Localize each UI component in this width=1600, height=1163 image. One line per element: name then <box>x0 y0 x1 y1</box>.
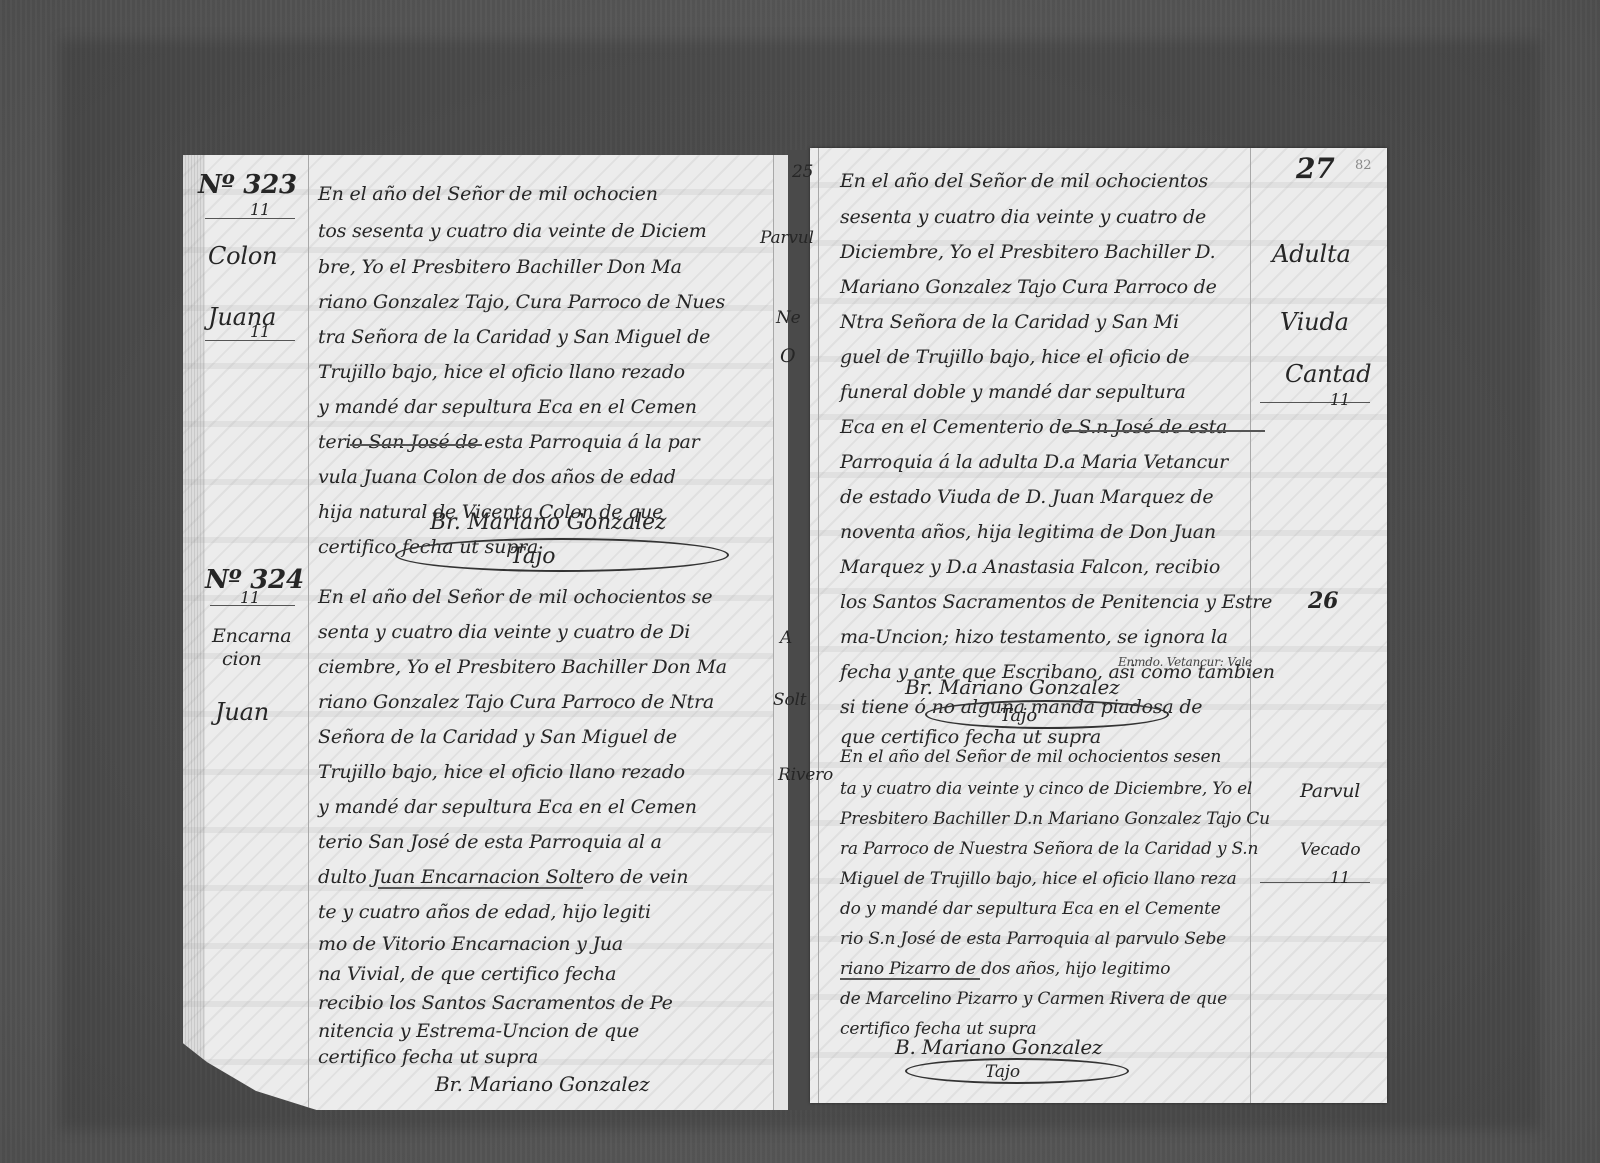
margin-fragment: A <box>780 628 792 648</box>
ditto-mark: 11 <box>250 200 270 219</box>
text-line: tra Señora de la Caridad y San Miguel de <box>318 328 710 347</box>
margin-rule-right <box>1250 148 1251 1103</box>
text-line: Trujillo bajo, hice el oficio llano reza… <box>318 363 685 382</box>
ditto-mark: 11 <box>1330 390 1350 409</box>
text-line: En el año del Señor de mil ochocientos s… <box>840 748 1221 767</box>
text-line: te y cuatro años de edad, hijo legiti <box>318 903 651 922</box>
text-line: do y mandé dar sepultura Eca en el Cemen… <box>840 900 1221 919</box>
margin-fragment: Ne <box>776 308 801 328</box>
text-line: guel de Trujillo bajo, hice el oficio de <box>840 348 1189 367</box>
ditto-mark: 11 <box>1330 868 1350 887</box>
entry-number: 25 <box>792 162 813 182</box>
text-line: sesenta y cuatro dia veinte y cuatro de <box>840 208 1206 227</box>
text-line: riano Gonzalez Tajo Cura Parroco de Ntra <box>318 693 714 712</box>
entry-number: Nº 323 <box>198 170 297 200</box>
inner-rule-right <box>818 148 819 1103</box>
text-line: Ntra Señora de la Caridad y San Mi <box>840 313 1179 332</box>
text-line: En el año del Señor de mil ochocientos s… <box>318 588 712 607</box>
text-line: Trujillo bajo, hice el oficio llano reza… <box>318 763 685 782</box>
text-line: de Marcelino Pizarro y Carmen Rivera de … <box>840 990 1227 1009</box>
margin-fragment: O <box>780 345 795 367</box>
text-line: nitencia y Estrema-Uncion de que <box>318 1022 639 1041</box>
page-stack-edge <box>183 155 205 1110</box>
text-line: ciembre, Yo el Presbitero Bachiller Don … <box>318 658 727 677</box>
text-line: noventa años, hija legitima de Don Juan <box>840 523 1216 542</box>
margin-entry-mark: 27 <box>1296 152 1335 185</box>
text-line: na Vivial, de que certifico fecha <box>318 965 616 984</box>
text-line: Presbitero Bachiller D.n Mariano Gonzale… <box>840 810 1270 829</box>
text-line: vula Juana Colon de dos años de edad <box>318 468 676 487</box>
ditto-mark: 11 <box>250 322 270 341</box>
text-line: Marquez y D.a Anastasia Falcon, recibio <box>840 558 1220 577</box>
margin-marital-status: Viuda <box>1280 308 1349 336</box>
margin-entry-mark: 26 <box>1308 588 1338 614</box>
signature-flourish <box>925 700 1169 729</box>
text-line: tos sesenta y cuatro dia veinte de Dicie… <box>318 222 707 241</box>
margin-divider <box>1260 882 1370 883</box>
text-line: Diciembre, Yo el Presbitero Bachiller D. <box>840 243 1216 262</box>
page-number-stamp: 82 <box>1355 158 1372 173</box>
text-line: bre, Yo el Presbitero Bachiller Don Ma <box>318 258 682 277</box>
name-underline <box>350 444 482 446</box>
text-line: senta y cuatro dia veinte y cuatro de Di <box>318 623 690 642</box>
text-line: Parroquia á la adulta D.a Maria Vetancur <box>840 453 1228 472</box>
signature-surname: Tajo <box>985 1062 1020 1082</box>
name-underline <box>1065 430 1265 432</box>
margin-surname-part1: Encarna <box>212 625 291 647</box>
margin-status: Adulta <box>1272 240 1351 268</box>
text-line: Señora de la Caridad y San Miguel de <box>318 728 677 747</box>
text-line: riano Gonzalez Tajo, Cura Parroco de Nue… <box>318 293 725 312</box>
margin-fragment: Solt <box>773 690 806 710</box>
inner-rule-left <box>773 155 774 1110</box>
text-line: rio S.n José de esta Parroquia al parvul… <box>840 930 1226 949</box>
text-line: Eca en el Cementerio de S.n José de esta <box>840 418 1227 437</box>
text-line: funeral doble y mandé dar sepultura <box>840 383 1186 402</box>
signature-flourish <box>395 538 729 572</box>
signature-name: B. Mariano Gonzalez <box>895 1035 1102 1059</box>
text-line: riano Pizarro de dos años, hijo legitimo <box>840 960 1170 979</box>
signature-name: Br. Mariano Gonzalez <box>905 675 1119 699</box>
margin-service: Vecado <box>1300 840 1360 860</box>
text-line: y mandé dar sepultura Eca en el Cemen <box>318 398 697 417</box>
text-line: terio San José de esta Parroquia á la pa… <box>318 433 700 452</box>
margin-rule <box>308 155 309 1110</box>
name-underline <box>840 978 980 980</box>
text-line: de estado Viuda de D. Juan Marquez de <box>840 488 1213 507</box>
text-line: Miguel de Trujillo bajo, hice el oficio … <box>840 870 1237 889</box>
text-line: ma-Uncion; hizo testamento, se ignora la <box>840 628 1228 647</box>
signature-surname: Tajo <box>510 544 555 569</box>
text-line: mo de Vitorio Encarnacion y Jua <box>318 935 623 954</box>
text-line: los Santos Sacramentos de Penitencia y E… <box>840 593 1272 612</box>
margin-given-name: Juan <box>215 698 269 726</box>
name-underline <box>378 887 583 889</box>
signature-surname: Tajo <box>1000 705 1037 726</box>
margin-status: Parvul <box>1300 780 1360 802</box>
text-line: En el año del Señor de mil ochocien <box>318 185 658 204</box>
correction-note: Enmdo. Vetancur: Vale <box>1118 655 1252 669</box>
ditto-mark: 11 <box>240 588 260 607</box>
margin-divider <box>1260 402 1370 403</box>
text-line: En el año del Señor de mil ochocientos <box>840 172 1208 191</box>
text-line: que certifico fecha ut supra <box>840 728 1101 747</box>
text-line: certifico fecha ut supra <box>318 1048 538 1067</box>
margin-fragment: Parvul <box>760 228 814 248</box>
signature-name: Br. Mariano Gonzalez <box>430 510 666 535</box>
margin-surname: Colon <box>208 242 277 270</box>
text-line: ta y cuatro dia veinte y cinco de Diciem… <box>840 780 1252 799</box>
text-line: dulto Juan Encarnacion Soltero de vein <box>318 868 688 887</box>
margin-surname-part2: cion <box>222 648 262 670</box>
margin-fragment: Rivero <box>778 765 833 785</box>
text-line: y mandé dar sepultura Eca en el Cemen <box>318 798 697 817</box>
margin-service: Cantad <box>1285 360 1371 388</box>
text-line: Mariano Gonzalez Tajo Cura Parroco de <box>840 278 1217 297</box>
signature-name: Br. Mariano Gonzalez <box>435 1072 649 1096</box>
text-line: ra Parroco de Nuestra Señora de la Carid… <box>840 840 1258 859</box>
text-line: recibio los Santos Sacramentos de Pe <box>318 994 673 1013</box>
text-line: terio San José de esta Parroquia al a <box>318 833 662 852</box>
